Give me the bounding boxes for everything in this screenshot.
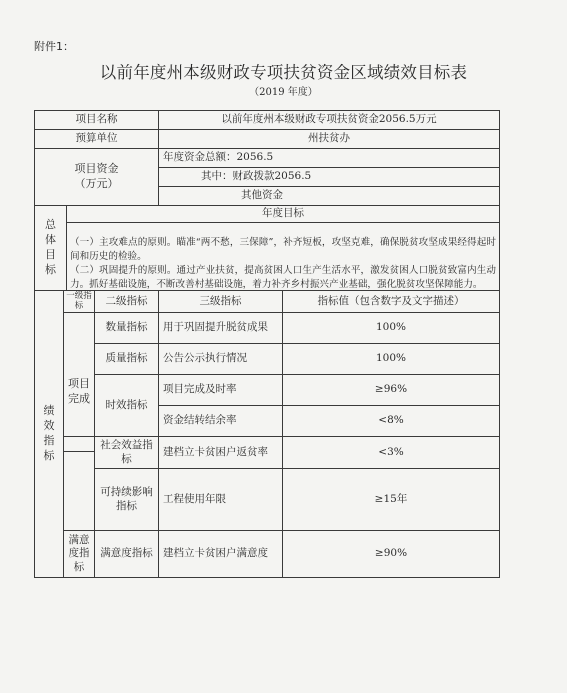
- level2-cell: 时效指标: [94, 374, 159, 437]
- level2-cell: 社会效益指标: [94, 436, 159, 469]
- project-name-label: 项目名称: [34, 110, 159, 130]
- value-cell: 100%: [282, 343, 500, 375]
- budget-unit-label: 预算单位: [34, 129, 159, 149]
- level3-cell: 资金结转结余率: [158, 405, 283, 437]
- value-cell: <8%: [282, 405, 500, 437]
- page-title: 以前年度州本级财政专项扶贫资金区域绩效目标表: [0, 59, 567, 83]
- annual-goal-header: 年度目标: [66, 205, 500, 223]
- project-name-value: 以前年度州本级财政专项扶贫资金2056.5万元: [158, 110, 500, 130]
- level1-satisfaction: 满意度指标: [63, 530, 95, 578]
- level3-cell: 项目完成及时率: [158, 374, 283, 406]
- level2-cell: 可持续影响指标: [94, 468, 159, 531]
- value-cell: ≥96%: [282, 374, 500, 406]
- level1-effect-blank: [63, 436, 95, 531]
- value-cell: ≥90%: [282, 530, 500, 578]
- level3-cell: 用于巩固提升脱贫成果: [158, 312, 283, 344]
- attachment-label: 附件1：: [34, 38, 74, 54]
- funds-fiscal: 其中：财政拨款2056.5: [158, 167, 500, 187]
- level2-cell: 质量指标: [94, 343, 159, 375]
- goal-paragraph-1: （一）主攻难点的原则。瞄准“两不愁，三保障”，补齐短板，攻坚克难，确保脱贫攻坚成…: [70, 236, 496, 264]
- funds-label-line2: （万元）: [75, 177, 119, 192]
- page-subtitle: （2019 年度）: [0, 83, 567, 98]
- level1-project-completion: 项目完成: [63, 312, 95, 452]
- budget-unit-value: 州扶贫办: [158, 129, 500, 149]
- level3-cell: 工程使用年限: [158, 468, 283, 531]
- overall-goal-label: 总 体 目 标: [34, 205, 67, 291]
- value-cell: 100%: [282, 312, 500, 344]
- header-level3: 三级指标: [158, 290, 283, 313]
- header-level1: 一级指标: [63, 290, 95, 313]
- value-cell: <3%: [282, 436, 500, 469]
- annual-goal-text: （一）主攻难点的原则。瞄准“两不愁，三保障”，补齐短板，攻坚克难，确保脱贫攻坚成…: [66, 222, 500, 291]
- level3-cell: 建档立卡贫困户满意度: [158, 530, 283, 578]
- level3-cell: 建档立卡贫困户返贫率: [158, 436, 283, 469]
- header-value: 指标值（包含数字及文字描述）: [282, 290, 500, 313]
- goal-paragraph-2: （二）巩固提升的原则。通过产业扶贫，提高贫困人口生产生活水平，激发贫困人口脱贫致…: [70, 264, 496, 291]
- performance-indicator-label: 绩 效 指 标: [34, 290, 64, 578]
- funds-label-line1: 项目资金: [75, 162, 119, 177]
- level2-cell: 数量指标: [94, 312, 159, 344]
- level3-cell: 公告公示执行情况: [158, 343, 283, 375]
- header-level2: 二级指标: [94, 290, 159, 313]
- project-funds-label: 项目资金 （万元）: [34, 148, 159, 206]
- level2-cell: 满意度指标: [94, 530, 159, 578]
- funds-other: 其他资金: [158, 186, 500, 206]
- value-cell: ≥15年: [282, 468, 500, 531]
- funds-total: 年度资金总额：2056.5: [158, 148, 500, 168]
- document-page: 附件1： 以前年度州本级财政专项扶贫资金区域绩效目标表 （2019 年度） 项目…: [0, 0, 567, 693]
